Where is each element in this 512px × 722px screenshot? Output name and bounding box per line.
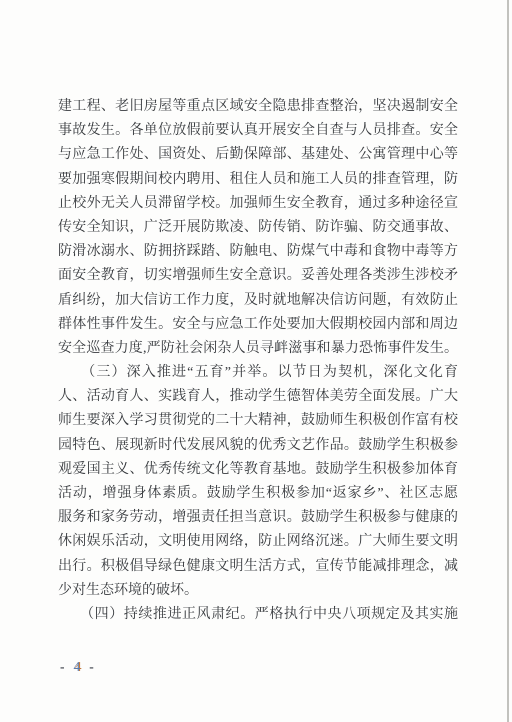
text-line: 事故发生。各单位放假前要认真开展安全自查与人员排查。安全 bbox=[58, 119, 458, 143]
text-line: 少对生态环境的破坏。 bbox=[58, 579, 458, 603]
scan-edge-line bbox=[507, 0, 509, 722]
text-line: 与应急工作处、国资处、后勤保障部、基建处、公寓管理中心等 bbox=[58, 143, 458, 167]
text-line: 防滑冰溺水、防拥挤踩踏、防触电、防煤气中毒和食物中毒等方 bbox=[58, 240, 458, 264]
text-line: 建工程、老旧房屋等重点区域安全隐患排查整治，坚决遏制安全 bbox=[58, 95, 458, 119]
document-page: 建工程、老旧房屋等重点区域安全隐患排查整治，坚决遏制安全事故发生。各单位放假前要… bbox=[0, 0, 512, 722]
text-line: 园特色、展现新时代发展风貌的优秀文艺作品。鼓励学生积极参 bbox=[58, 434, 458, 458]
text-line: 服务和家务劳动，增强责任担当意识。鼓励学生积极参与健康的 bbox=[58, 506, 458, 530]
text-line: （四）持续推进正风肃纪。严格执行中央八项规定及其实施 bbox=[58, 603, 458, 627]
page-number-value: 4 bbox=[74, 659, 81, 674]
text-line: 传安全知识，广泛开展防欺凌、防传销、防诈骗、防交通事故、 bbox=[58, 216, 458, 240]
text-line: 要加强寒假期间校内聘用、租住人员和施工人员的排查管理，防 bbox=[58, 168, 458, 192]
text-line: 师生要深入学习贯彻党的二十大精神，鼓励师生积极创作富有校 bbox=[58, 409, 458, 433]
text-line: 面安全教育，切实增强师生安全意识。妥善处理各类涉生涉校矛 bbox=[58, 264, 458, 288]
text-line: 观爱国主义、优秀传统文化等教育基地。鼓励学生积极参加体育 bbox=[58, 458, 458, 482]
text-line: 休闲娱乐活动，文明使用网络，防止网络沉迷。广大师生要文明 bbox=[58, 530, 458, 554]
page-number: -4- bbox=[60, 658, 94, 676]
text-line: 安全巡查力度,严防社会闲杂人员寻衅滋事和暴力恐怖事件发生。 bbox=[58, 337, 458, 361]
text-line: （三）深入推进“五育”并举。以节日为契机，深化文化育 bbox=[58, 361, 458, 385]
text-line: 群体性事件发生。安全与应急工作处要加大假期校园内部和周边 bbox=[58, 313, 458, 337]
document-body: 建工程、老旧房屋等重点区域安全隐患排查整治，坚决遏制安全事故发生。各单位放假前要… bbox=[58, 95, 458, 627]
page-number-dash-left: - bbox=[60, 659, 65, 674]
text-line: 人、活动育人、实践育人，推动学生德智体美劳全面发展。广大 bbox=[58, 385, 458, 409]
text-line: 盾纠纷，加大信访工作力度，及时就地解决信访问题，有效防止 bbox=[58, 289, 458, 313]
text-line: 止校外无关人员滞留学校。加强师生安全教育，通过多种途径宣 bbox=[58, 192, 458, 216]
page-number-dash-right: - bbox=[89, 659, 94, 674]
text-line: 活动，增强身体素质。鼓励学生积极参加“返家乡”、社区志愿 bbox=[58, 482, 458, 506]
text-line: 出行。积极倡导绿色健康文明生活方式，宣传节能减排理念，减 bbox=[58, 555, 458, 579]
